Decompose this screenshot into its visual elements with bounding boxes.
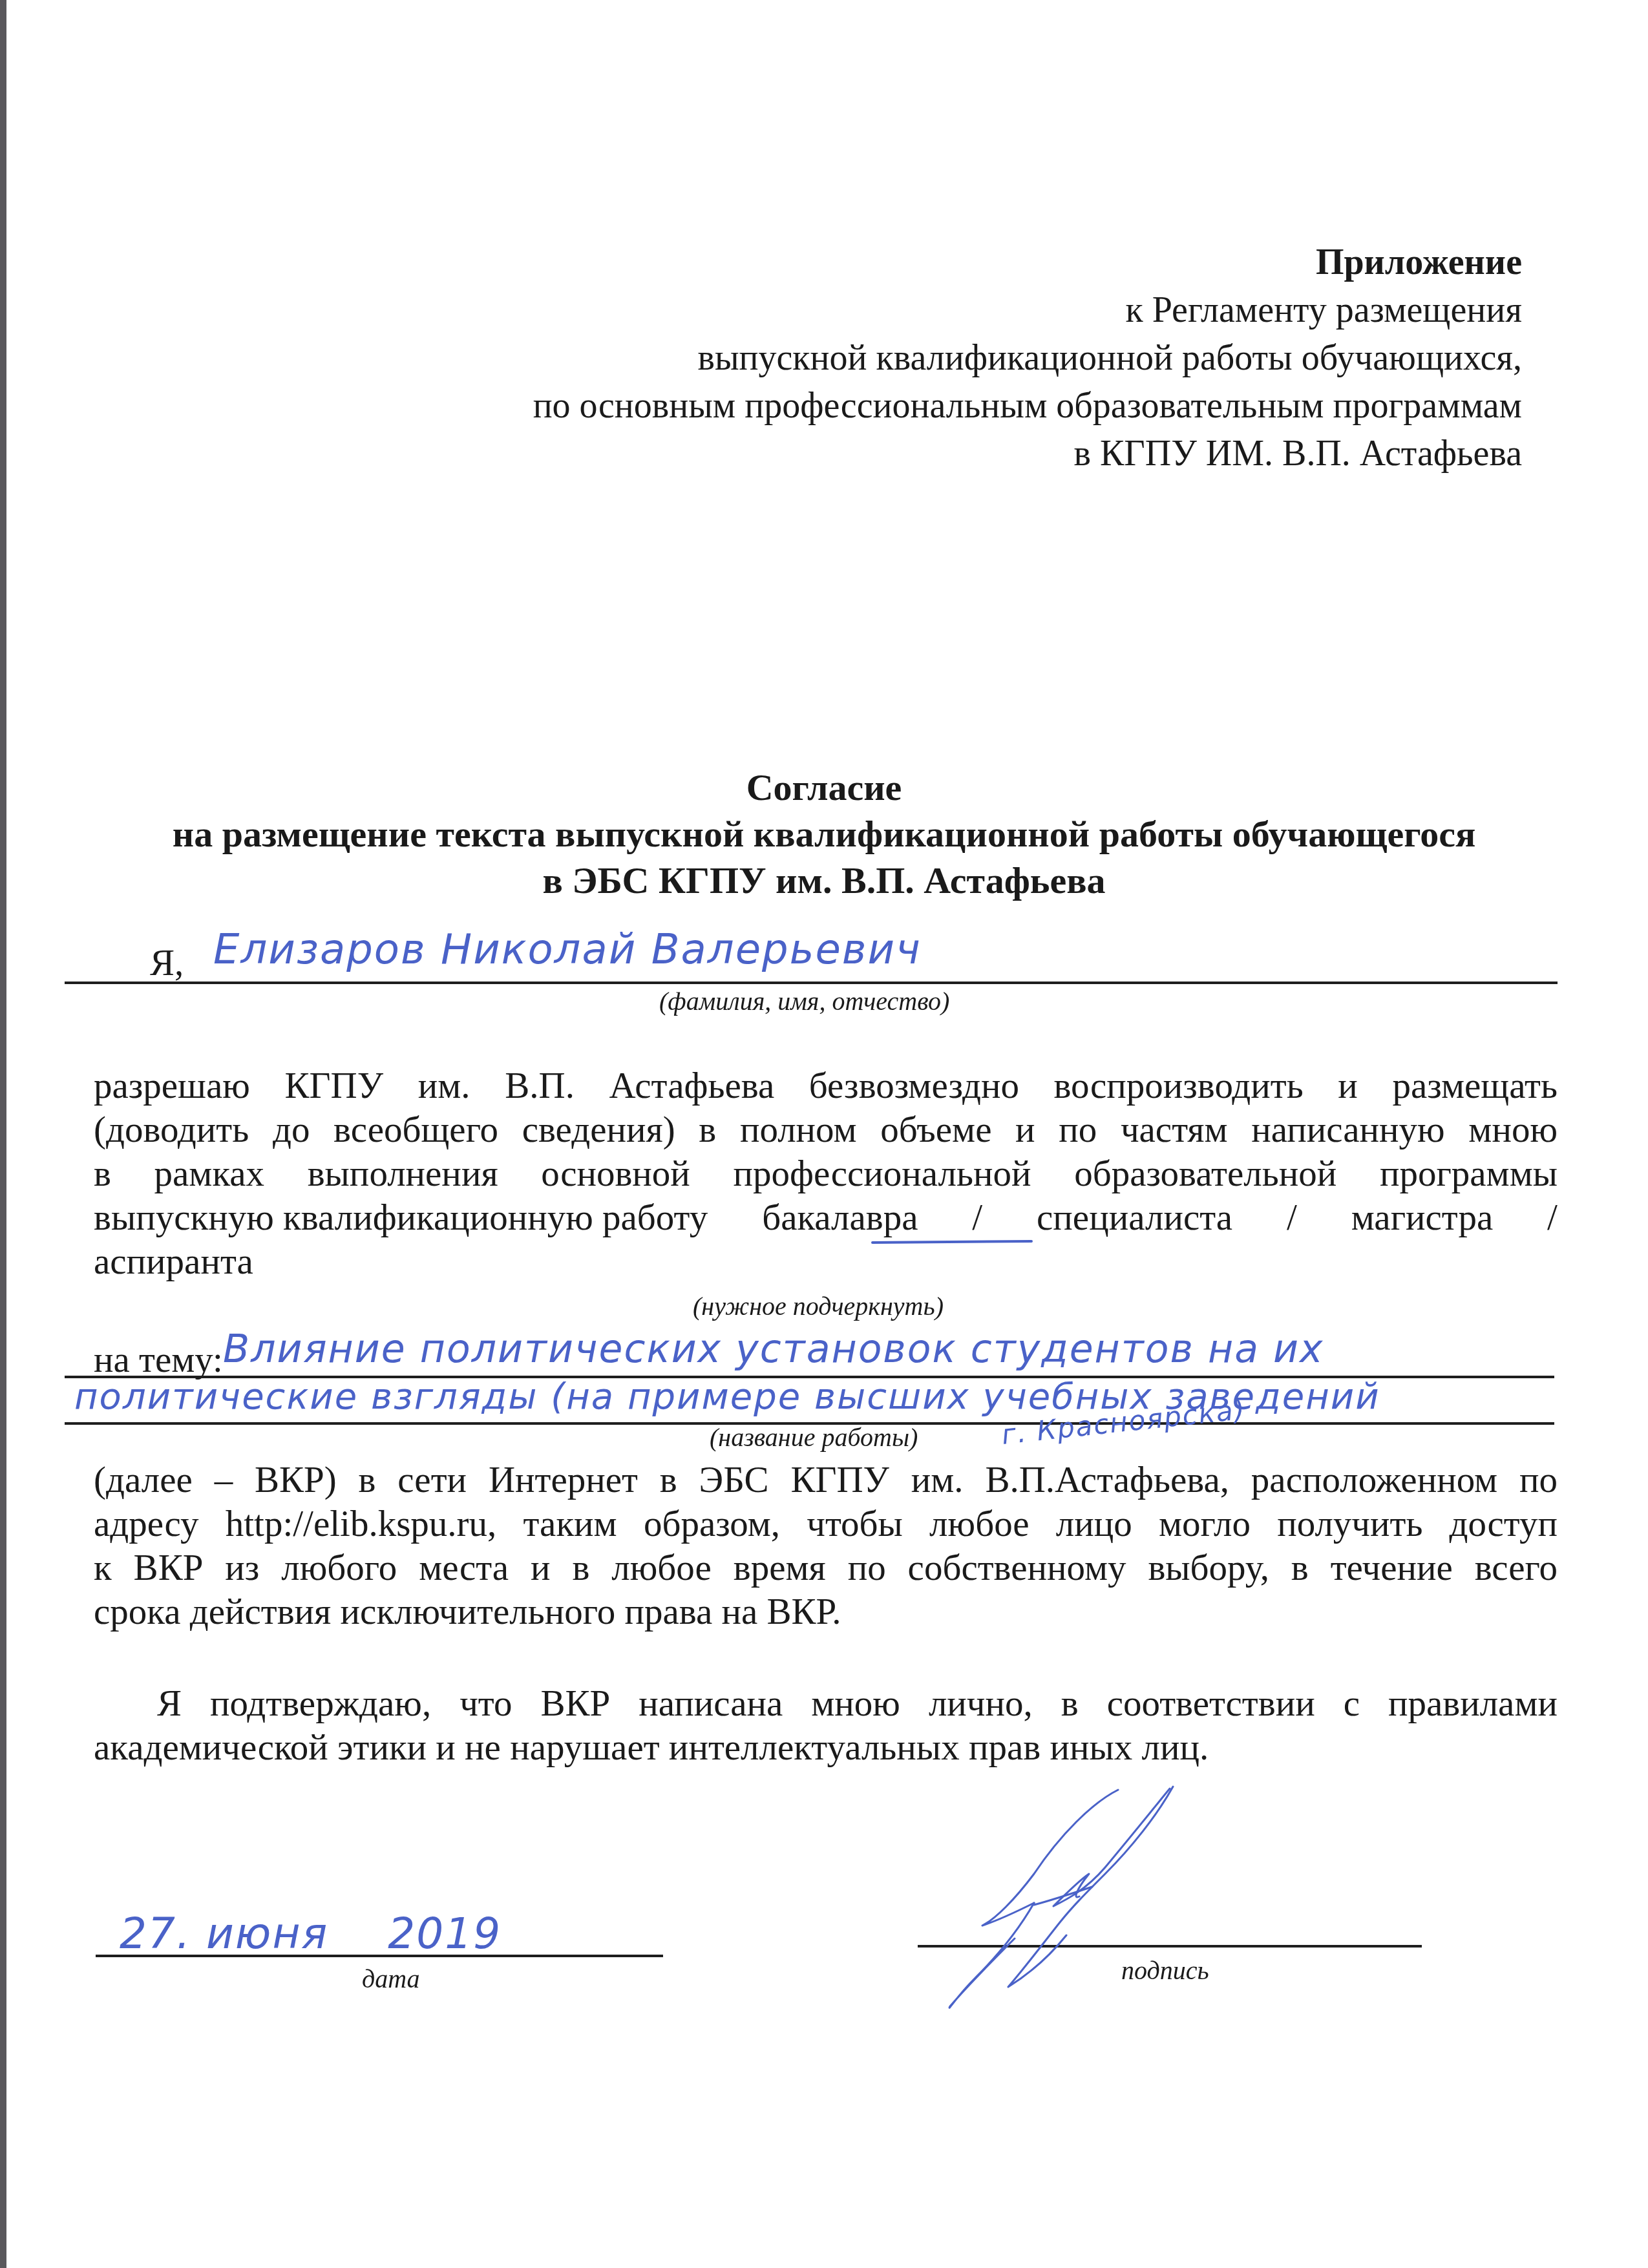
appendix-line-2: выпускной квалификационной работы обучаю… [697,340,1522,376]
date-value[interactable]: 27. июня 2019 [120,1913,502,1955]
degree-selected-underline [871,1240,1033,1244]
placement-line-1: (далее – ВКР) в сети Интернет в ЭБС КГПУ… [94,1462,1558,1498]
document-subtitle-2: в ЭБС КГПУ им. В.П. Астафьева [0,862,1648,899]
date-caption: дата [362,1966,420,1992]
placement-line-4: срока действия исключительного права на … [94,1593,1558,1630]
theme-caption: (название работы) [710,1425,918,1451]
degree-line-prefix: выпускную квалификационную работу [94,1199,708,1236]
document-title: Согласие [0,769,1648,806]
scan-edge [0,0,6,2268]
consent-line-3: в рамках выполнения основной профессиона… [94,1155,1558,1192]
name-field-value[interactable]: Елизаров Николай Валерьевич [213,929,922,971]
placement-line-2: адресу http://elib.kspu.ru, таким образо… [94,1506,1558,1542]
appendix-title: Приложение [1316,244,1522,280]
degree-option-specialist[interactable]: специалиста [1037,1199,1232,1236]
degree-caption: (нужное подчеркнуть) [693,1294,944,1319]
document-subtitle-1: на размещение текста выпускной квалифика… [0,815,1648,853]
consent-line-1: разрешаю КГПУ им. В.П. Астафьева безвозм… [94,1067,1558,1104]
appendix-line-4: в КГПУ ИМ. В.П. Астафьева [1074,436,1522,472]
date-line [96,1955,663,1957]
name-field-line [65,982,1558,984]
degree-separator: / [1547,1199,1558,1236]
placement-line-3: к ВКР из любого места и в любое время по… [94,1549,1558,1586]
theme-value-line-1[interactable]: Влияние политических установок студентов… [223,1330,1324,1369]
degree-option-master[interactable]: магистра [1351,1199,1494,1236]
degree-option-postgraduate[interactable]: аспиранта [94,1243,253,1280]
name-prefix: Я, [150,945,184,982]
confirmation-line-1: Я подтверждаю, что ВКР написана мною лич… [157,1685,1558,1722]
signature-scribble-icon[interactable] [944,1764,1280,2035]
confirmation-line-2: академической этики и не нарушает интелл… [94,1729,1558,1766]
degree-separator: / [972,1199,982,1236]
appendix-line-1: к Регламенту размещения [1125,292,1522,328]
name-field-caption: (фамилия, имя, отчество) [659,989,949,1014]
degree-separator: / [1287,1199,1297,1236]
theme-label: на тему: [94,1341,223,1378]
degree-option-bachelor[interactable]: бакалавра [762,1199,918,1236]
degree-line: выпускную квалификационную работу бакала… [94,1199,1558,1236]
appendix-line-3: по основным профессиональным образовател… [533,388,1522,424]
consent-line-2: (доводить до всеобщего сведения) в полно… [94,1111,1558,1148]
